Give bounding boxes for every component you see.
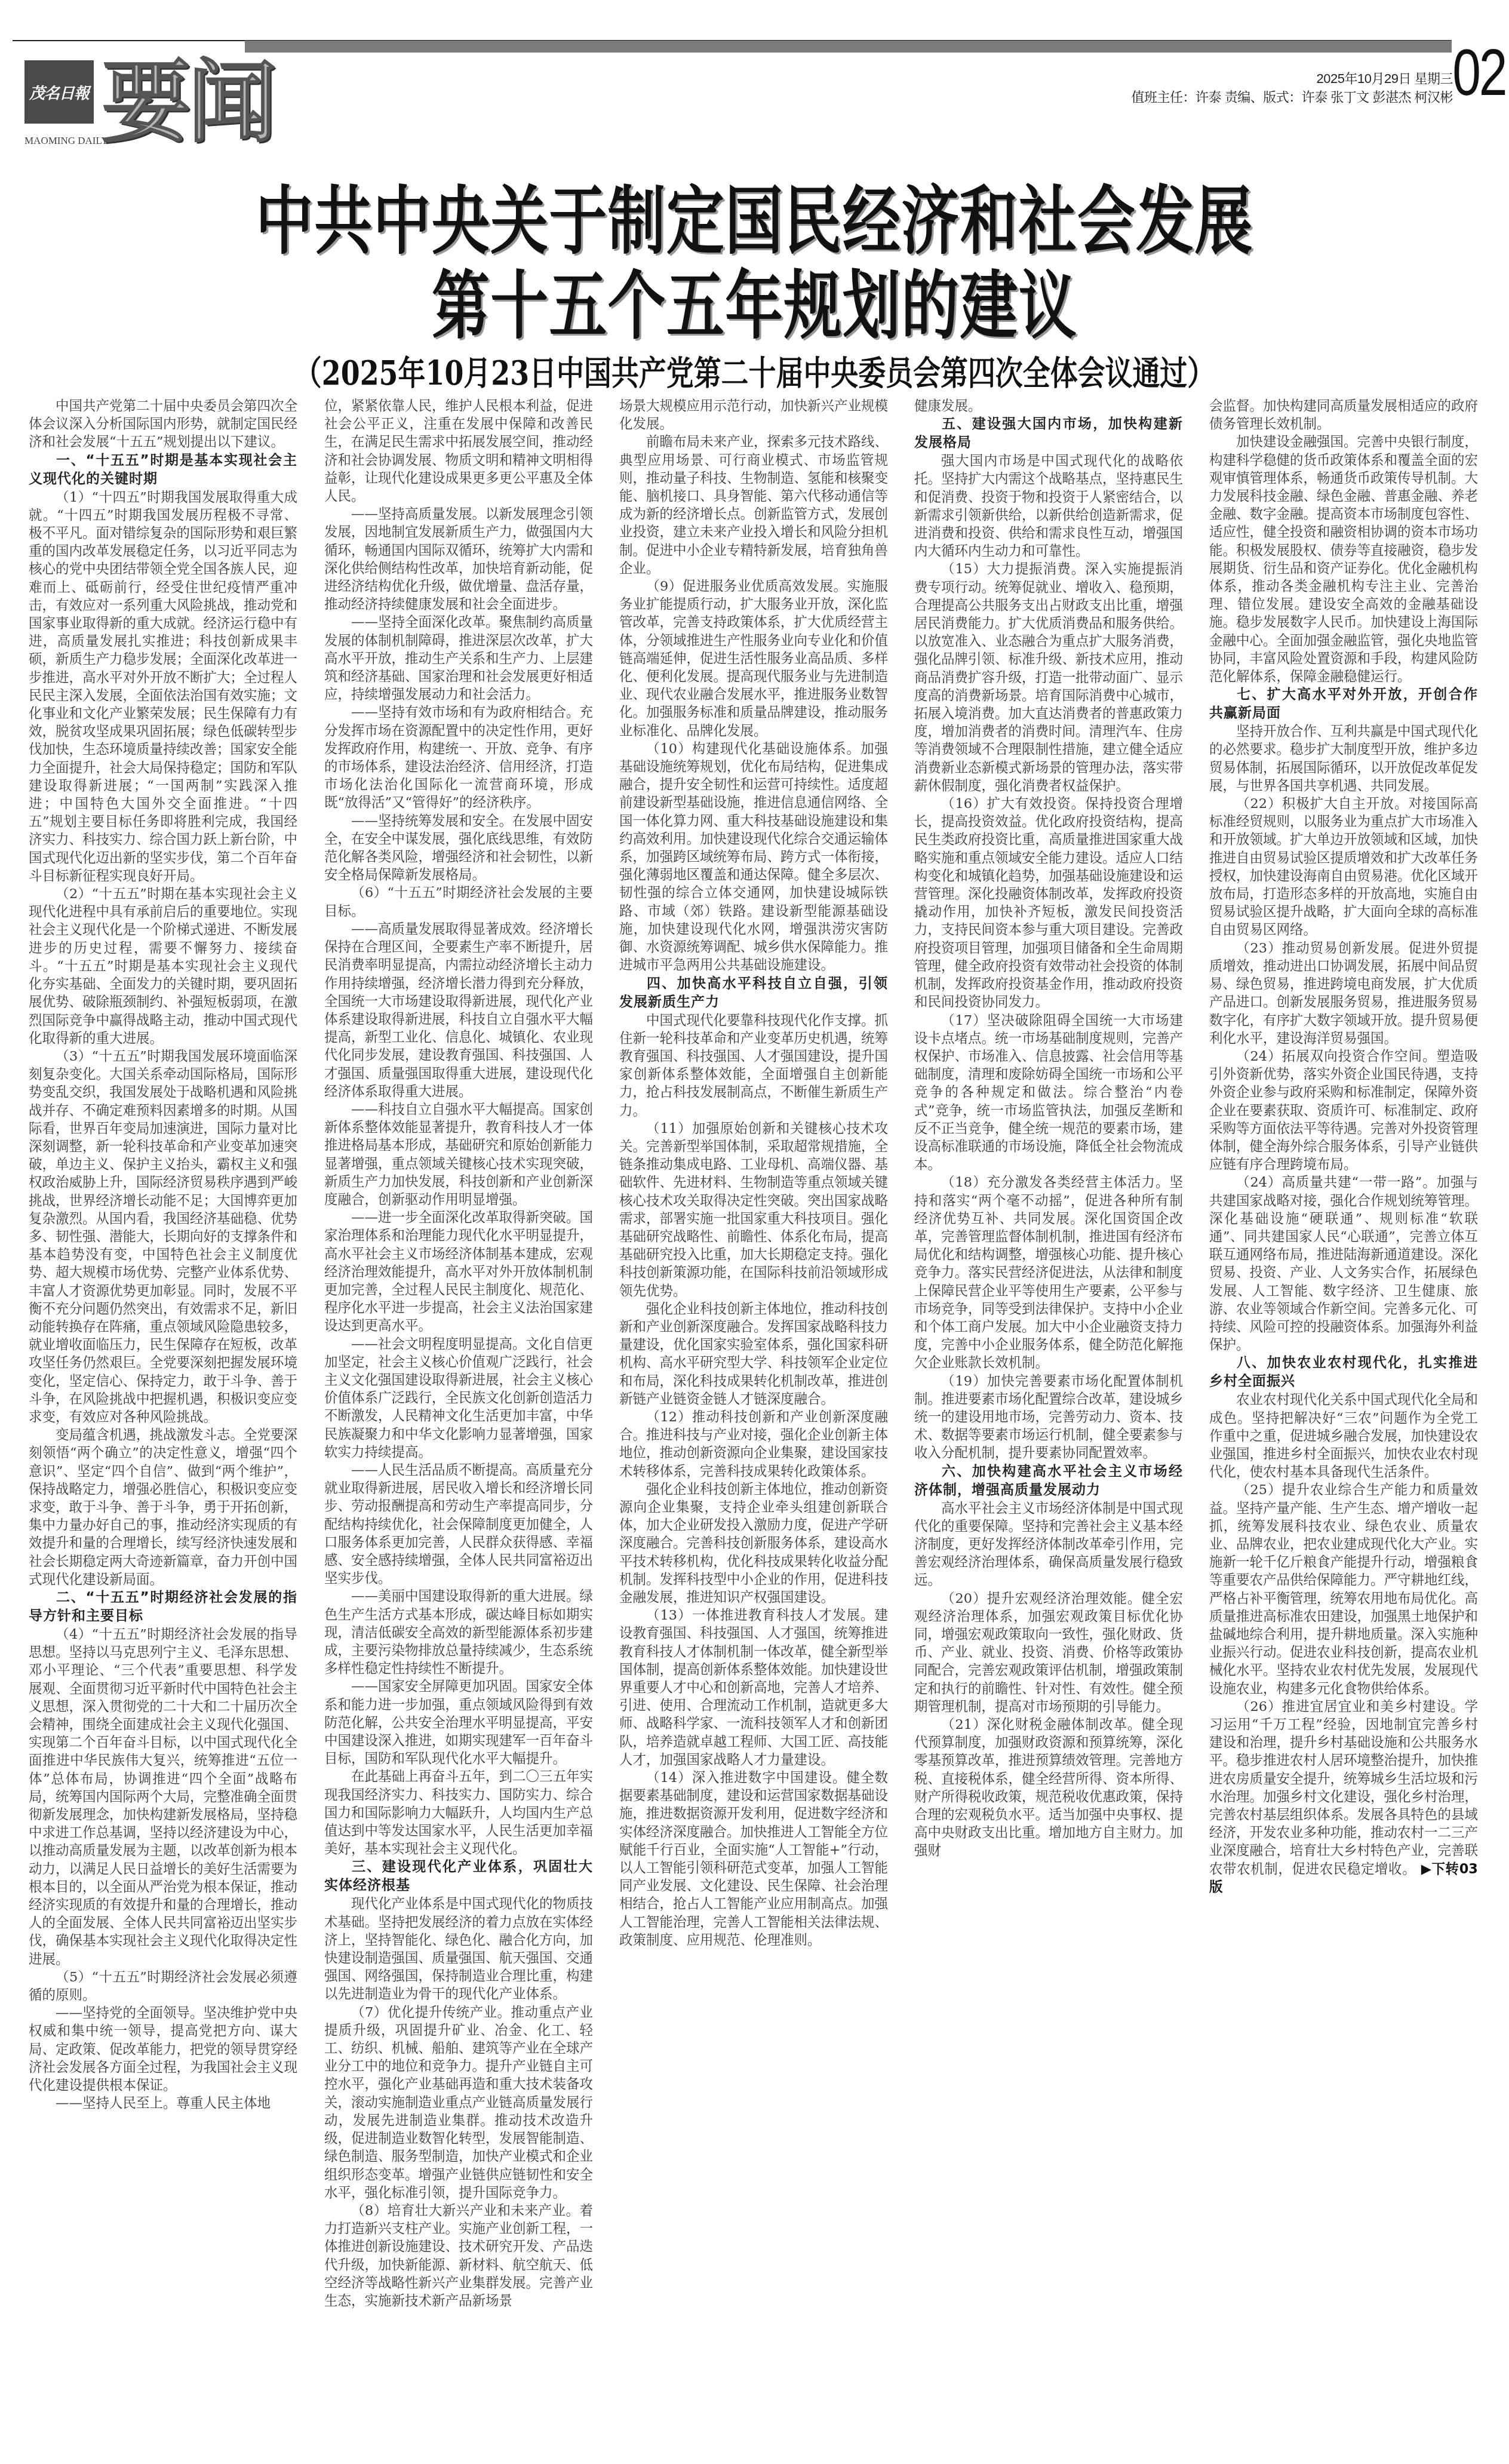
article-paragraph: 强化企业科技创新主体地位，推动创新资源向企业集聚，支持企业牵头组建创新联合体，加… (619, 1480, 888, 1606)
article-paragraph: （16）扩大有效投资。保持投资合理增长，提高投资效益。优化政府投资结构，提高民生… (914, 795, 1183, 1011)
section-heading: 五、建设强大国内市场，加快构建新发展格局 (914, 415, 1183, 452)
header-band (245, 41, 1452, 53)
masthead: 茂名日報 MAOMING DAILY 要闻 2025年10月29日 星期三 值班… (0, 0, 1509, 155)
article-paragraph: （1）“十四五”时期我国发展取得重大成就。“十四五”时期我国发展历程极不寻常、极… (29, 489, 297, 885)
article-paragraph: （15）大力提振消费。深入实施提振消费专项行动。统筹促就业、增收入、稳预期，合理… (914, 560, 1183, 795)
article-paragraph: （18）充分激发各类经营主体活力。坚持和落实“两个毫不动摇”，促进各种所有制经济… (914, 1173, 1183, 1372)
article-paragraph: 加快建设金融强国。完善中央银行制度，构建科学稳健的货币政策体系和覆盖全面的宏观审… (1209, 433, 1478, 686)
article-paragraph: （17）坚决破除阻碍全国统一大市场建设卡点堵点。统一市场基础制度规则，完善产权保… (914, 1012, 1183, 1174)
article-paragraph: ——坚持高质量发展。以新发展理念引领发展，因地制宜发展新质生产力，做强国内大循环… (324, 505, 593, 613)
article-paragraph: 强大国内市场是中国式现代化的战略依托。坚持扩大内需这个战略基点，坚持惠民生和促消… (914, 452, 1183, 560)
article-paragraph: （6）“十五五”时期经济社会发展的主要目标。 (324, 884, 593, 920)
article-paragraph: （8）培育壮大新兴产业和未来产业。着力打造新兴支柱产业。实施产业创新工程，一体推… (324, 2202, 593, 2310)
article-paragraph: 农业农村现代化关系中国式现代化全局和成色。坚持把解决好“三农”问题作为全党工作重… (1209, 1391, 1478, 1481)
article-paragraph: （4）“十五五”时期经济社会发展的指导思想。坚持以马克思列宁主义、毛泽东思想、邓… (29, 1626, 297, 1968)
article-paragraph: 位，紧紧依靠人民，维护人民根本利益，促进社会公平正义，注重在发展中保障和改善民生… (324, 397, 593, 505)
article-paragraph: ——科技自立自强水平大幅提高。国家创新体系整体效能显著提升，教育科技人才一体推进… (324, 1101, 593, 1209)
article-paragraph: ——坚持有效市场和有为政府相结合。充分发挥市场在资源配置中的决定性作用，更好发挥… (324, 703, 593, 812)
headline-subtitle: （2025年10月23日中国共产党第二十届中央委员会第四次全体会议通过） (136, 352, 1373, 394)
article-paragraph: 前瞻布局未来产业，探索多元技术路线、典型应用场景、可行商业模式、市场监管规则，推… (619, 433, 888, 577)
article-paragraph: 坚持开放合作、互利共赢是中国式现代化的必然要求。稳步扩大制度型开放，维护多边贸易… (1209, 723, 1478, 795)
newspaper-logo: 茂名日報 (24, 60, 94, 124)
article-paragraph: 中国共产党第二十届中央委员会第四次全体会议深入分析国际国内形势，就制定国民经济和… (29, 397, 297, 451)
article-paragraph: （2）“十五五”时期在基本实现社会主义现代化进程中具有承前启后的重要地位。实现社… (29, 885, 297, 1047)
article-column-3: 场景大规模应用示范行动，加快新兴产业规模化发展。前瞻布局未来产业，探索多元技术路… (619, 397, 888, 2451)
section-heading: 七、扩大高水平对外开放，开创合作共赢新局面 (1209, 686, 1478, 723)
section-heading: 八、加快农业农村现代化，扎实推进乡村全面振兴 (1209, 1354, 1478, 1391)
article-paragraph: ——坚持统筹发展和安全。在发展中固安全，在安全中谋发展，强化底线思维，有效防范化… (324, 812, 593, 884)
article-paragraph: （22）积极扩大自主开放。对接国际高标准经贸规则，以服务业为重点扩大市场准入和开… (1209, 795, 1478, 939)
article-paragraph: （26）推进宜居宜业和美乡村建设。学习运用“千万工程”经验，因地制宜完善乡村建设… (1209, 1698, 1478, 1896)
article-paragraph: 变局蕴含机遇，挑战激发斗志。全党要深刻领悟“两个确立”的决定性意义，增强“四个意… (29, 1426, 297, 1589)
article-paragraph: 场景大规模应用示范行动，加快新兴产业规模化发展。 (619, 397, 888, 433)
section-heading: 二、“十五五”时期经济社会发展的指导方针和主要目标 (29, 1589, 297, 1626)
article-paragraph: （24）拓展双向投资合作空间。塑造吸引外资新优势，落实外资企业国民待遇，支持外资… (1209, 1047, 1478, 1173)
article-paragraph: 现代化产业体系是中国式现代化的物质技术基础。坚持把发展经济的着力点放在实体经济上… (324, 1895, 593, 2003)
section-heading: 四、加快高水平科技自立自强，引领发展新质生产力 (619, 975, 888, 1012)
article-body: 中国共产党第二十届中央委员会第四次全体会议深入分析国际国内形势，就制定国民经济和… (0, 397, 1509, 2463)
article-paragraph: ——社会文明程度明显提高。文化自信更加坚定，社会主义核心价值观广泛践行，社会主义… (324, 1335, 593, 1461)
article-paragraph: ——进一步全面深化改革取得新突破。国家治理体系和治理能力现代化水平明显提升，高水… (324, 1209, 593, 1335)
article-paragraph: ——人民生活品质不断提高。高质量充分就业取得新进展，居民收入增长和经济增长同步、… (324, 1461, 593, 1587)
article-paragraph: ——坚持党的全面领导。坚决维护党中央权威和集中统一领导，提高党把方向、谋大局、定… (29, 2004, 297, 2094)
article-paragraph: 健康发展。 (914, 397, 1183, 415)
article-paragraph: （5）“十五五”时期经济社会发展必须遵循的原则。 (29, 1968, 297, 2004)
article-paragraph: （14）深入推进数字中国建设。健全数据要素基础制度，建设和运营国家数据基础设施，… (619, 1769, 888, 1949)
article-column-1: 中国共产党第二十届中央委员会第四次全体会议深入分析国际国内形势，就制定国民经济和… (29, 397, 297, 2451)
section-title: 要闻 (102, 55, 273, 150)
article-paragraph: （3）“十五五”时期我国发展环境面临深刻复杂变化。大国关系牵动国际格局，国际形势… (29, 1047, 297, 1426)
article-paragraph: （7）优化提升传统产业。推动重点产业提质升级，巩固提升矿业、冶金、化工、轻工、纺… (324, 2004, 593, 2202)
headline-line-2: 第十五个五年规划的建议 (166, 264, 1343, 349)
newspaper-name-english: MAOMING DAILY (24, 135, 94, 147)
article-column-2: 位，紧紧依靠人民，维护人民根本利益，促进社会公平正义，注重在发展中保障和改善民生… (324, 397, 593, 2451)
article-paragraph: ——美丽中国建设取得新的重大进展。绿色生产生活方式基本形成，碳达峰目标如期实现，… (324, 1587, 593, 1678)
article-paragraph: ——坚持人民至上。尊重人民主体地 (29, 2094, 297, 2112)
article-paragraph: 在此基础上再奋斗五年，到二〇三五年实现我国经济实力、科技实力、国防实力、综合国力… (324, 1768, 593, 1858)
headline: 中共中央关于制定国民经济和社会发展 第十五个五年规划的建议 (0, 179, 1509, 349)
editorial-staff: 值班主任：许泰 责编、版式：许泰 张丁文 彭湛杰 柯汉彬 (1132, 87, 1453, 106)
article-paragraph: （24）高质量共建“一带一路”。加强与共建国家战略对接，强化合作规划统筹管理。深… (1209, 1173, 1478, 1354)
article-paragraph: ——国家安全屏障更加巩固。国家安全体系和能力进一步加强，重点领域风险得到有效防范… (324, 1678, 593, 1768)
article-paragraph: （12）推动科技创新和产业创新深度融合。推进科技与产业对接，强化企业创新主体地位… (619, 1408, 888, 1480)
article-paragraph: （25）提升农业综合生产能力和质量效益。坚持产量产能、生产生态、增产增收一起抓，… (1209, 1481, 1478, 1697)
article-column-5: 会监督。加快构建同高质量发展相适应的政府债务管理长效机制。加快建设金融强国。完善… (1209, 397, 1478, 2451)
article-paragraph: （9）促进服务业优质高效发展。实施服务业扩能提质行动，扩大服务业开放，深化监管改… (619, 577, 888, 740)
article-paragraph: 中国式现代化要靠科技现代化作支撑。抓住新一轮科技革命和产业变革历史机遇，统筹教育… (619, 1012, 888, 1120)
issue-date: 2025年10月29日 星期三 (1317, 69, 1453, 87)
article-paragraph: ——坚持全面深化改革。聚焦制约高质量发展的体制机制障碍，推进深层次改革，扩大高水… (324, 613, 593, 703)
article-paragraph: 高水平社会主义市场经济体制是中国式现代化的重要保障。坚持和完善社会主义基本经济制… (914, 1500, 1183, 1590)
article-paragraph: （19）加快完善要素市场化配置体制机制。推进要素市场化配置综合改革，建设城乡统一… (914, 1372, 1183, 1463)
article-paragraph: （23）推动贸易创新发展。促进外贸提质增效，推动进出口协调发展，拓展中间品贸易、… (1209, 939, 1478, 1047)
headline-line-1: 中共中央关于制定国民经济和社会发展 (166, 179, 1343, 264)
article-paragraph: ——高质量发展取得显著成效。经济增长保持在合理区间，全要素生产率不断提升，居民消… (324, 920, 593, 1101)
page-number: 02 (1452, 43, 1505, 103)
article-paragraph: （11）加强原始创新和关键核心技术攻关。完善新型举国体制，采取超常规措施，全链条… (619, 1120, 888, 1300)
article-paragraph: （10）构建现代化基础设施体系。加强基础设施统筹规划，优化布局结构，促进集成融合… (619, 740, 888, 975)
article-paragraph: 强化企业科技创新主体地位，推动科技创新和产业创新深度融合。发挥国家战略科技力量建… (619, 1300, 888, 1408)
continued-on-page-link[interactable]: ▶下转03版 (1209, 1861, 1478, 1895)
article-column-4: 健康发展。五、建设强大国内市场，加快构建新发展格局强大国内市场是中国式现代化的战… (914, 397, 1183, 2451)
article-paragraph: （21）深化财税金融体制改革。健全现代预算制度，加强财政资源和预算统筹，深化零基… (914, 1716, 1183, 1860)
section-heading: 三、建设现代化产业体系，巩固壮大实体经济根基 (324, 1858, 593, 1895)
article-paragraph: （13）一体推进教育科技人才发展。建设教育强国、科技强国、人才强国，统筹推进教育… (619, 1606, 888, 1769)
section-heading: 一、“十五五”时期是基本实现社会主义现代化的关键时期 (29, 451, 297, 489)
article-paragraph: 会监督。加快构建同高质量发展相适应的政府债务管理长效机制。 (1209, 397, 1478, 433)
section-heading: 六、加快构建高水平社会主义市场经济体制，增强高质量发展动力 (914, 1463, 1183, 1500)
article-paragraph: （20）提升宏观经济治理效能。健全宏观经济治理体系，加强宏观政策目标优化协同，增… (914, 1590, 1183, 1716)
